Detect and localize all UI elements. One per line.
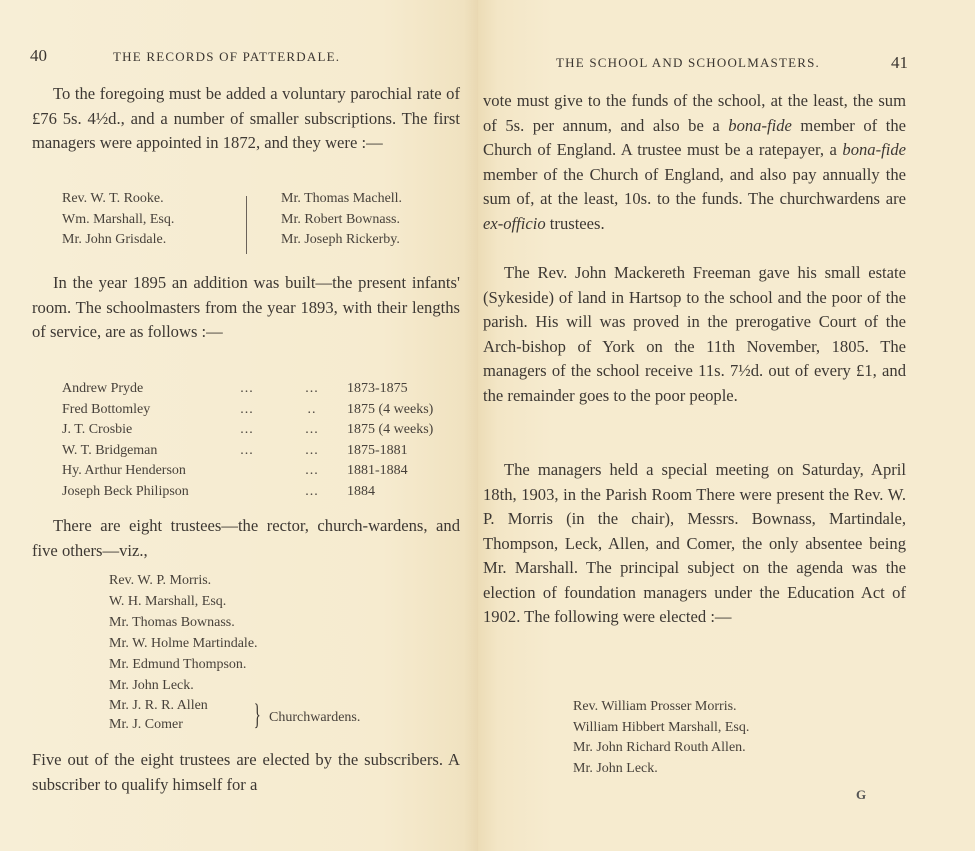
running-head: THE RECORDS OF PATTERDALE. — [113, 49, 340, 65]
manager-name: Mr. Thomas Machell. — [281, 189, 402, 210]
paragraph: Five out of the eight trustees are elect… — [32, 748, 460, 797]
manager-name: Wm. Marshall, Esq. — [62, 210, 174, 231]
table-row: Hy. Arthur Henderson ... 1881-1884 — [62, 461, 433, 482]
leader-dots: ... — [222, 441, 272, 462]
service-years: 1873-1875 — [337, 379, 408, 400]
leader-dots: ... — [287, 441, 337, 462]
paragraph-text: The managers held a special meeting on S… — [483, 458, 906, 630]
leader-dots: ... — [287, 482, 337, 503]
paragraph-text: vote must give to the funds of the schoo… — [483, 89, 906, 236]
table-row: J. T. Crosbie ... ... 1875 (4 weeks) — [62, 420, 433, 441]
trustees-list: Rev. W. P. Morris. W. H. Marshall, Esq. … — [109, 570, 258, 734]
trustee-name: W. H. Marshall, Esq. — [109, 591, 258, 612]
signature-mark: G — [856, 787, 866, 803]
trustee-name: Mr. John Leck. — [109, 675, 258, 696]
italic-term: bona-fide — [728, 116, 792, 135]
table-row: Andrew Pryde ... ... 1873-1875 — [62, 379, 433, 400]
service-years: 1875 (4 weeks) — [337, 400, 433, 421]
text-run: trustees. — [546, 214, 605, 233]
leader-dots: .. — [287, 400, 337, 421]
schoolmasters-table: Andrew Pryde ... ... 1873-1875 Fred Bott… — [62, 379, 433, 503]
paragraph: The managers held a special meeting on S… — [483, 458, 906, 630]
table-row: Joseph Beck Philipson ... 1884 — [62, 482, 433, 503]
paragraph: In the year 1895 an addition was built—t… — [32, 271, 460, 345]
page-number: 41 — [891, 53, 908, 73]
leader-dots — [222, 482, 272, 503]
trustee-name: Mr. Thomas Bownass. — [109, 612, 258, 633]
paragraph-text: To the foregoing must be added a volunta… — [32, 82, 460, 156]
curly-brace-icon: } — [254, 700, 261, 730]
trustee-name: Mr. W. Holme Martindale. — [109, 633, 258, 654]
leader-dots: ... — [222, 379, 272, 400]
elected-name: Mr. John Richard Routh Allen. — [573, 738, 749, 759]
leader-dots — [222, 461, 272, 482]
table-row: W. T. Bridgeman ... ... 1875-1881 — [62, 441, 433, 462]
service-years: 1875 (4 weeks) — [337, 420, 433, 441]
paragraph-text: There are eight trustees—the rector, chu… — [32, 514, 460, 563]
leader-dots: ... — [287, 420, 337, 441]
manager-name: Mr. John Grisdale. — [62, 230, 174, 251]
service-years: 1875-1881 — [337, 441, 408, 462]
manager-name: Mr. Joseph Rickerby. — [281, 230, 402, 251]
service-years: 1884 — [337, 482, 375, 503]
trustee-name: Mr. J. Comer — [109, 715, 258, 734]
trustee-name: Mr. Edmund Thompson. — [109, 654, 258, 675]
paragraph-text: Five out of the eight trustees are elect… — [32, 748, 460, 797]
elected-managers-list: Rev. William Prosser Morris. William Hib… — [573, 697, 749, 779]
paragraph: The Rev. John Mackereth Freeman gave his… — [483, 261, 906, 408]
paragraph: There are eight trustees—the rector, chu… — [32, 514, 460, 563]
elected-name: William Hibbert Marshall, Esq. — [573, 718, 749, 739]
first-managers-right: Mr. Thomas Machell. Mr. Robert Bownass. … — [281, 189, 402, 251]
trustee-name: Rev. W. P. Morris. — [109, 570, 258, 591]
paragraph: To the foregoing must be added a volunta… — [32, 82, 460, 156]
manager-name: Rev. W. T. Rooke. — [62, 189, 174, 210]
paragraph-text: The Rev. John Mackereth Freeman gave his… — [483, 261, 906, 408]
italic-term: ex-officio — [483, 214, 546, 233]
first-managers-left: Rev. W. T. Rooke. Wm. Marshall, Esq. Mr.… — [62, 189, 174, 251]
running-head: THE SCHOOL AND SCHOOLMASTERS. — [556, 55, 820, 71]
leader-dots: ... — [287, 379, 337, 400]
trustee-name: Mr. J. R. R. Allen — [109, 696, 258, 715]
page-number: 40 — [30, 46, 47, 66]
text-run: member of the Church of England, and als… — [483, 165, 906, 209]
column-divider — [246, 196, 247, 254]
paragraph: vote must give to the funds of the schoo… — [483, 89, 906, 236]
right-page: THE SCHOOL AND SCHOOLMASTERS. 41 vote mu… — [478, 0, 975, 851]
book-spread: 40 THE RECORDS OF PATTERDALE. To the for… — [0, 0, 975, 851]
manager-name: Mr. Robert Bownass. — [281, 210, 402, 231]
italic-term: bona-fide — [842, 140, 906, 159]
paragraph-text: In the year 1895 an addition was built—t… — [32, 271, 460, 345]
table-row: Fred Bottomley ... .. 1875 (4 weeks) — [62, 400, 433, 421]
leader-dots: ... — [222, 420, 272, 441]
churchwardens-label: Churchwardens. — [269, 710, 360, 726]
left-page: 40 THE RECORDS OF PATTERDALE. To the for… — [0, 0, 478, 851]
elected-name: Rev. William Prosser Morris. — [573, 697, 749, 718]
service-years: 1881-1884 — [337, 461, 408, 482]
elected-name: Mr. John Leck. — [573, 759, 749, 780]
leader-dots: ... — [222, 400, 272, 421]
leader-dots: ... — [287, 461, 337, 482]
